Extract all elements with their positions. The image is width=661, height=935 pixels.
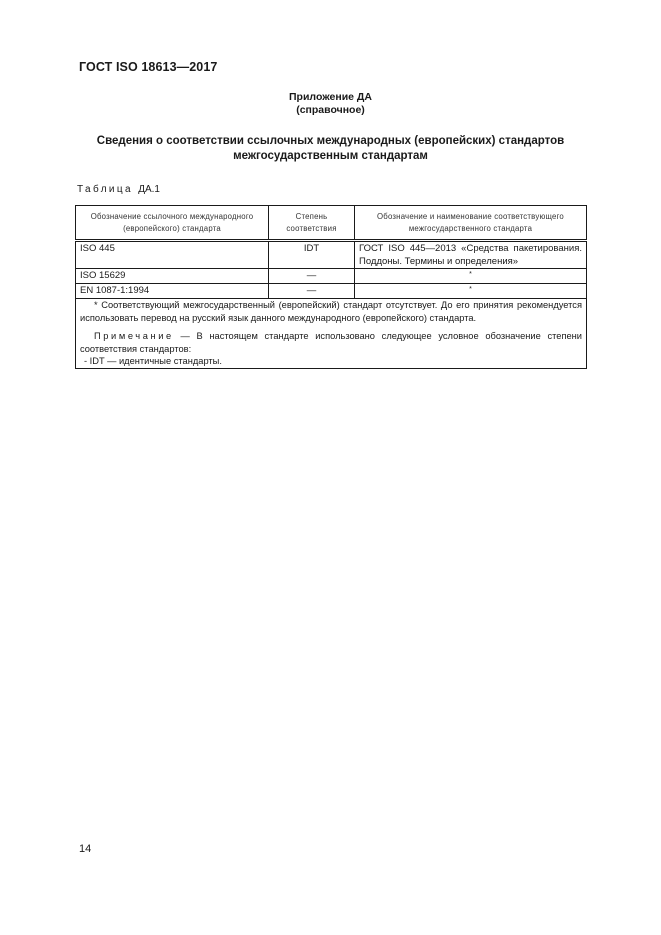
table-header-row: Обозначение ссылочного международного (е… <box>76 206 587 241</box>
table-footnote-row: * Соответствующий межгосударственный (ев… <box>76 299 587 369</box>
national-line-2: Поддоны. Термины и определения» <box>359 255 582 268</box>
cell-degree: IDT <box>269 241 355 269</box>
note-label: Примечание <box>94 331 174 341</box>
document-code: ГОСТ ISO 18613—2017 <box>79 60 217 74</box>
title-line-2: межгосударственным стандартам <box>0 149 661 164</box>
appendix-label: Приложение ДА <box>0 91 661 104</box>
footnote-marker: * <box>469 286 472 293</box>
footnote-marker: * <box>469 271 472 278</box>
page-number: 14 <box>79 843 91 855</box>
column-header-reference: Обозначение ссылочного международного (е… <box>76 206 269 241</box>
table-caption-word: Таблица <box>77 184 133 195</box>
cell-national: ГОСТ ISO 445—2013 «Средства пакетировани… <box>355 241 587 269</box>
correspondence-table: Обозначение ссылочного международного (е… <box>75 205 587 369</box>
cell-reference: EN 1087-1:1994 <box>76 284 269 299</box>
footnote-text: * Соответствующий межгосударственный (ев… <box>80 299 582 324</box>
column-header-national: Обозначение и наименование соответствующ… <box>355 206 587 241</box>
note-item: - IDT — идентичные стандарты. <box>80 355 582 368</box>
appendix-type: (справочное) <box>0 104 661 117</box>
column-header-degree: Степень соответствия <box>269 206 355 241</box>
cell-national: * <box>355 269 587 284</box>
cell-degree: — <box>269 269 355 284</box>
table-row: ISO 15629 — * <box>76 269 587 284</box>
table-row: EN 1087-1:1994 — * <box>76 284 587 299</box>
title-line-1: Сведения о соответствии ссылочных междун… <box>0 134 661 149</box>
note-paragraph: Примечание — В настоящем стандарте испол… <box>80 330 582 355</box>
cell-degree: — <box>269 284 355 299</box>
table-row: ISO 445 IDT ГОСТ ISO 445—2013 «Средства … <box>76 241 587 269</box>
appendix-heading: Приложение ДА (справочное) <box>0 91 661 117</box>
cell-reference: ISO 445 <box>76 241 269 269</box>
table-caption-number: ДА.1 <box>138 184 160 195</box>
appendix-title: Сведения о соответствии ссылочных междун… <box>0 134 661 164</box>
cell-national: * <box>355 284 587 299</box>
table-caption: Таблица ДА.1 <box>77 184 160 195</box>
national-line-1: ГОСТ ISO 445—2013 «Средства пакетировани… <box>359 242 582 255</box>
cell-reference: ISO 15629 <box>76 269 269 284</box>
footnote-cell: * Соответствующий межгосударственный (ев… <box>76 299 587 369</box>
